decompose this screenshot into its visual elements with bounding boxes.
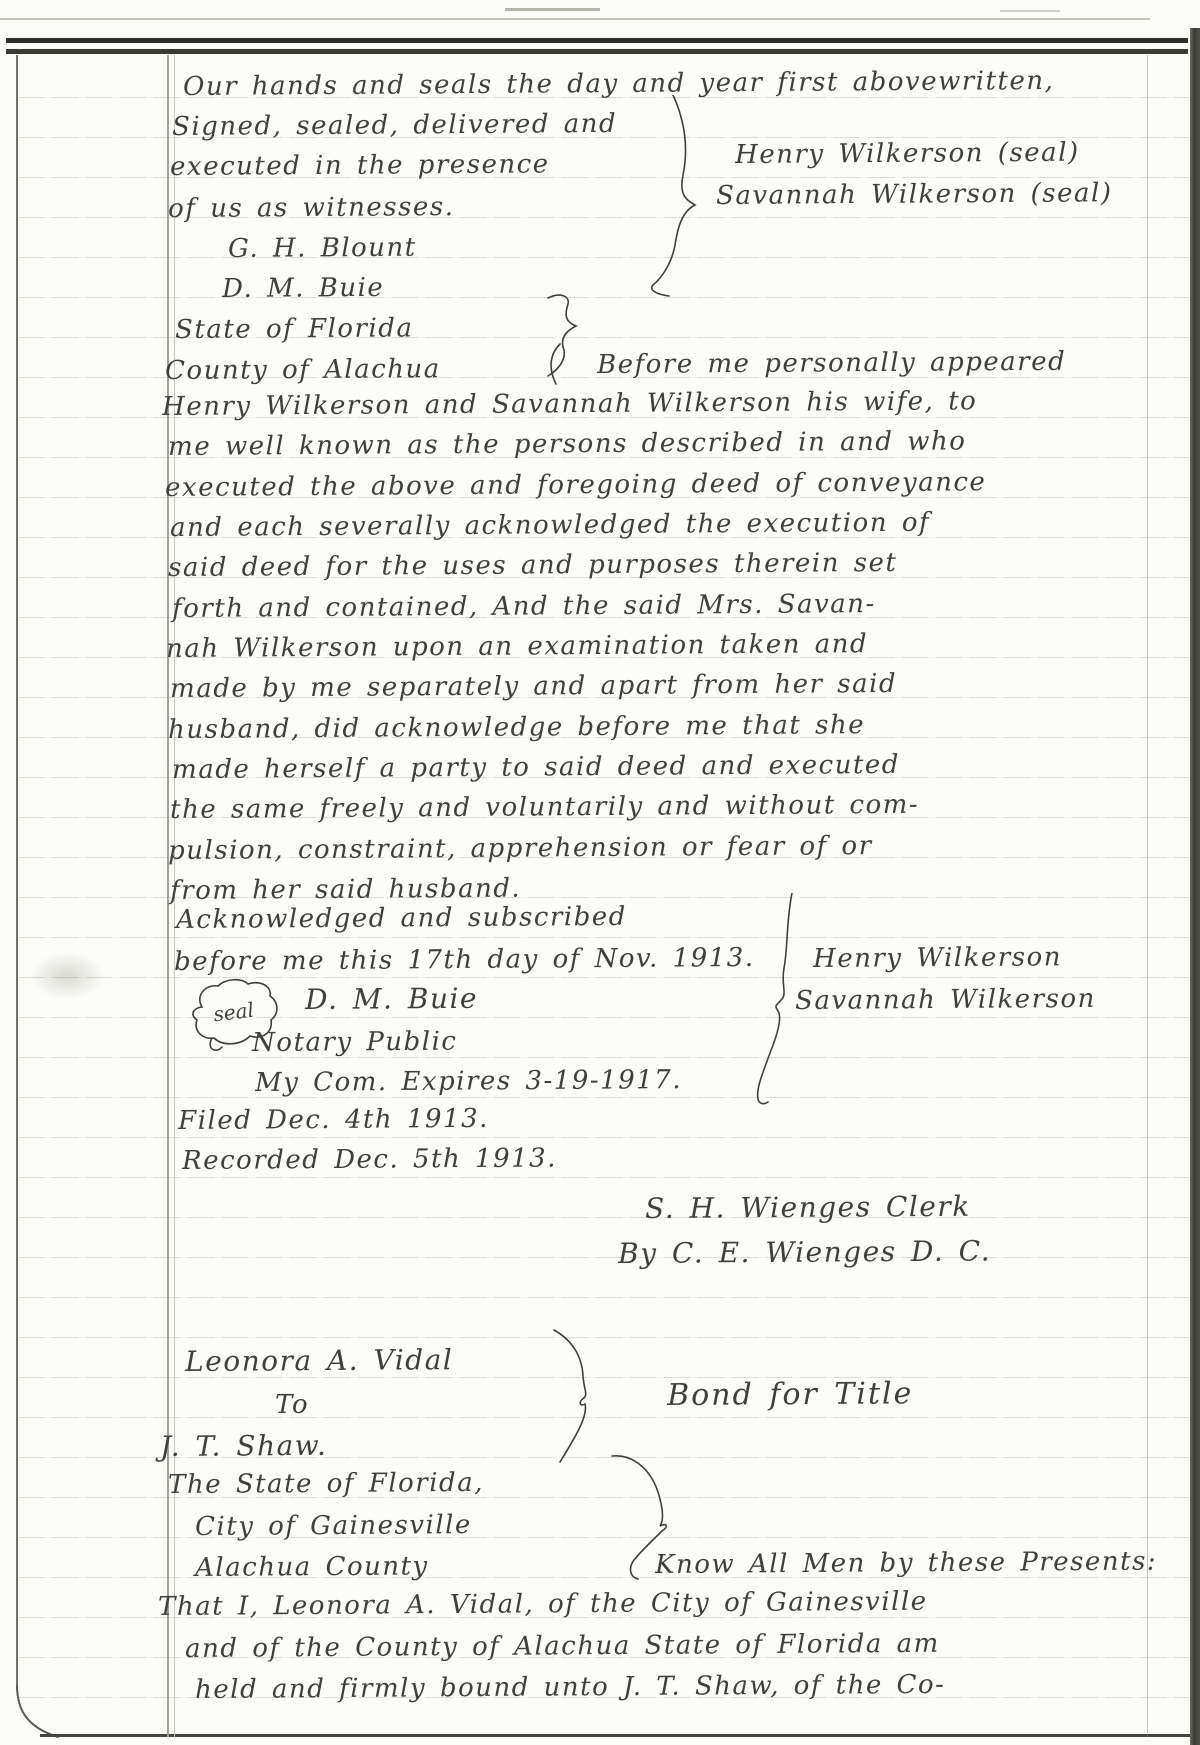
venue-county: County of Alachua	[165, 354, 441, 386]
ack-body-line-5: said deed for the uses and purposes ther…	[168, 548, 897, 583]
ack-body-line-7: nah Wilkerson upon an examination taken …	[166, 629, 868, 664]
record2-grantor: Leonora A. Vidal	[185, 1343, 453, 1378]
attestation-line-2: executed in the presence	[170, 149, 550, 182]
deputy-clerk-signature: By C. E. Wienges D. C.	[618, 1234, 991, 1270]
record2-grantee: J. T. Shaw.	[160, 1429, 327, 1463]
book-right-edge	[1190, 28, 1200, 1745]
jurat-line-2: before me this 17th day of Nov. 1913.	[174, 943, 755, 977]
venue-state: State of Florida	[175, 313, 414, 345]
ack-body-line-12: pulsion, constraint, apprehension or fea…	[168, 831, 873, 866]
filed-line: Filed Dec. 4th 1913.	[178, 1104, 489, 1136]
ack-body-line-1: Henry Wilkerson and Savannah Wilkerson h…	[162, 386, 977, 422]
ack-body-line-3: executed the above and foregoing deed of…	[165, 467, 986, 503]
record2-venue-county: Alachua County	[195, 1551, 429, 1583]
notary-signature: D. M. Buie	[305, 982, 478, 1016]
ink-smudge	[30, 952, 105, 1000]
attestation-line-3: of us as witnesses.	[168, 192, 455, 224]
page-left-border	[16, 55, 18, 1690]
top-double-rule-lower	[6, 49, 1188, 54]
record2-venue-state: The State of Florida,	[168, 1468, 484, 1500]
seal-label: seal	[212, 998, 255, 1027]
record2-body-line-3: held and firmly bound unto J. T. Shaw, o…	[195, 1670, 946, 1705]
brace-acknowledged-signatures	[748, 893, 800, 1111]
ack-body-line-11: the same freely and voluntarily and with…	[170, 790, 919, 825]
commission-expiry-line: My Com. Expires 3-19-1917.	[255, 1065, 682, 1098]
brace-closing-signatures	[645, 95, 697, 302]
ack-body-line-8: made by me separately and apart from her…	[170, 669, 897, 704]
brace-record2-parties	[552, 1328, 596, 1465]
ack-body-line-2: me well known as the persons described i…	[168, 426, 966, 462]
jurat-line-1: Acknowledged and subscribed	[176, 902, 627, 935]
faint-top-line	[0, 18, 1150, 20]
clerk-signature: S. H. Wienges Clerk	[645, 1190, 971, 1225]
witness-signature-2: D. M. Buie	[222, 273, 384, 304]
record2-opening: Know All Men by these Presents:	[655, 1546, 1157, 1580]
grantor-signature-2: Savannah Wilkerson (seal)	[716, 178, 1113, 211]
scan-speck	[1000, 10, 1060, 12]
ack-body-line-13: from her said husband.	[170, 874, 521, 906]
top-double-rule-upper	[6, 38, 1188, 43]
attestation-line-1: Signed, sealed, delivered and	[172, 109, 617, 142]
grantor-signature-1: Henry Wilkerson (seal)	[735, 138, 1080, 170]
acknowledged-signature-1: Henry Wilkerson	[813, 942, 1062, 974]
scan-speck	[505, 8, 600, 11]
brace-venue	[540, 292, 586, 388]
page-bottom-border	[40, 1734, 1200, 1737]
record2-body-line-1: That I, Leonora A. Vidal, of the City of…	[158, 1587, 928, 1622]
bottom-left-corner-curve	[10, 1685, 62, 1741]
right-faint-column-line	[1147, 55, 1148, 1737]
acknowledgment-opening: Before me personally appeared	[597, 347, 1066, 380]
acknowledged-signature-2: Savannah Wilkerson	[795, 984, 1096, 1016]
record2-body-line-2: and of the County of Alachua State of Fl…	[185, 1629, 940, 1664]
record2-venue-city: City of Gainesville	[195, 1510, 472, 1542]
ack-body-line-6: forth and contained, And the said Mrs. S…	[172, 589, 876, 624]
record2-connector: To	[275, 1390, 309, 1420]
witness-signature-1: G. H. Blount	[228, 233, 417, 264]
ack-body-line-10: made herself a party to said deed and ex…	[172, 750, 900, 785]
closing-sentence: Our hands and seals the day and year fir…	[183, 66, 1054, 102]
notary-title: Notary Public	[252, 1027, 458, 1058]
ack-body-line-9: husband, did acknowledge before me that …	[168, 710, 865, 745]
recorded-line: Recorded Dec. 5th 1913.	[182, 1143, 557, 1176]
deed-record-book-page: Our hands and seals the day and year fir…	[0, 0, 1200, 1745]
record2-instrument-title: Bond for Title	[667, 1376, 913, 1413]
ack-body-line-4: and each severally acknowledged the exec…	[170, 508, 930, 543]
